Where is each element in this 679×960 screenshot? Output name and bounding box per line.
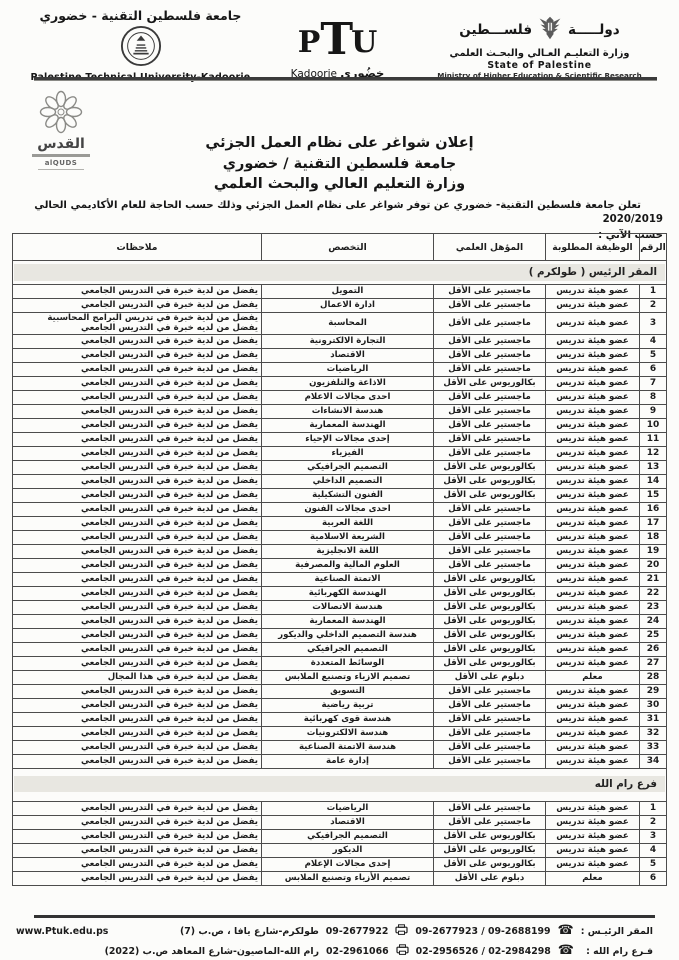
cell-num: 17 (640, 516, 667, 530)
cell-qualification: ماجستير على الأقل (434, 502, 546, 516)
cell-specialization: هندسة الاتمتة الصناعية (262, 740, 434, 754)
cell-specialization: الرياضيات (262, 362, 434, 376)
cell-position: عضو هيئة تدريس (546, 740, 640, 754)
announcement-subtitle-ministry: وزارة التعليم العالي والبحث العلمي (0, 174, 679, 195)
cell-qualification: ماجستير على الأقل (434, 418, 546, 432)
cell-specialization: العلوم المالية والمصرفية (262, 558, 434, 572)
ptu-letter-u: U (351, 25, 377, 60)
cell-notes: يفضل من لدية خبرة في التدريس الجامعي (13, 298, 262, 312)
column-header-specialization: التخصص (262, 234, 434, 261)
phone-numbers-main: 09-2677923 / 09-2688199 (415, 926, 550, 937)
ptu-logo: PTU (278, 22, 398, 65)
palestine-eagle-icon (537, 14, 563, 46)
cell-qualification: بكالوريوس على الأقل (434, 830, 546, 844)
column-header-number: الرقم (640, 234, 667, 261)
cell-notes: يفضل من لدية خبرة في التدريس الجامعي (13, 530, 262, 544)
cell-qualification: ماجستير على الأقل (434, 516, 546, 530)
cell-specialization: هندسة الانشاءات (262, 404, 434, 418)
cell-notes: يفضل من لدية خبرة في التدريس الجامعي (13, 656, 262, 670)
cell-qualification: بكالوريوس على الأقل (434, 474, 546, 488)
cell-num: 33 (640, 740, 667, 754)
cell-num: 26 (640, 642, 667, 656)
table-header-row: الرقم الوظيفة المطلوبة المؤهل العلمي الت… (13, 234, 667, 261)
cell-qualification: ماجستير على الأقل (434, 446, 546, 460)
table-row: 16عضو هيئة تدريسماجستير على الأقلاحدى مج… (13, 502, 667, 516)
cell-notes: يفضل من لدية خبرة في التدريس الجامعي (13, 802, 262, 816)
cell-specialization: الهندسة الكهربائية (262, 586, 434, 600)
cell-position: عضو هيئة تدريس (546, 488, 640, 502)
cell-num: 7 (640, 376, 667, 390)
announcement-titles: إعلان شواغر على نظام العمل الجزئي جامعة … (0, 133, 679, 195)
table-row: 27عضو هيئة تدريسبكالوريوس على الأقلالوسا… (13, 656, 667, 670)
section-title: فرع رام الله (14, 776, 665, 793)
cell-position: عضو هيئة تدريس (546, 284, 640, 298)
cell-qualification: ماجستير على الأقل (434, 362, 546, 376)
cell-notes: يفضل من لدية خبرة في التدريس الجامعي (13, 348, 262, 362)
column-header-notes: ملاحظات (13, 234, 262, 261)
announcement-subtitle-university: جامعة فلسطين التقنية / خضوري (0, 154, 679, 175)
table-row: 25عضو هيئة تدريسبكالوريوس على الأقلهندسة… (13, 628, 667, 642)
cell-specialization: الرياضيات (262, 802, 434, 816)
table-row: 6عضو هيئة تدريسماجستير على الأقلالرياضيا… (13, 362, 667, 376)
cell-notes: يفضل من لدية خبرة في التدريس الجامعي (13, 844, 262, 858)
footer-divider (34, 915, 655, 918)
letterhead: جامعة فلسطين التقنية - خضوري Palestine T… (28, 8, 657, 83)
cell-num: 15 (640, 488, 667, 502)
ptu-letter-p: P (298, 25, 321, 60)
cell-specialization: تصميم الأزياء وتصنيع الملابس (262, 872, 434, 886)
cell-num: 32 (640, 726, 667, 740)
cell-num: 1 (640, 802, 667, 816)
table-row: 1عضو هيئة تدريسماجستير على الأقلالرياضيا… (13, 802, 667, 816)
cell-specialization: اللغة العربية (262, 516, 434, 530)
cell-qualification: بكالوريوس على الأقل (434, 858, 546, 872)
cell-qualification: ماجستير على الأقل (434, 726, 546, 740)
cell-notes: يفضل من لدية خبرة في التدريس الجامعي (13, 362, 262, 376)
cell-qualification: ماجستير على الأقل (434, 754, 546, 768)
table-row: 23عضو هيئة تدريسبكالوريوس على الأقلهندسة… (13, 600, 667, 614)
cell-notes: يفضل من لدية خبرة في التدريس الجامعي (13, 446, 262, 460)
cell-num: 5 (640, 348, 667, 362)
table-row: 3عضو هيئة تدريسبكالوريوس على الأقلالتصمي… (13, 830, 667, 844)
cell-num: 29 (640, 684, 667, 698)
cell-num: 8 (640, 390, 667, 404)
cell-notes: يفضل من لدية خبرة في التدريس الجامعي (13, 642, 262, 656)
state-logo-block: دولـــــة فلســـطين وزارة التعليـم العـا… (422, 14, 657, 80)
cell-notes: يفضل من لدية خبرة في التدريس الجامعي (13, 830, 262, 844)
cell-notes: يفضل من لدية خبرة في التدريس الجامعي (13, 376, 262, 390)
cell-specialization: هندسة قوى كهربائية (262, 712, 434, 726)
cell-num: 30 (640, 698, 667, 712)
cell-num: 23 (640, 600, 667, 614)
cell-notes: يفضل من لدية خبرة في التدريس الجامعي (13, 816, 262, 830)
cell-notes: يفضل من لدية خبرة في التدريس الجامعي (13, 684, 262, 698)
cell-position: عضو هيئة تدريس (546, 600, 640, 614)
cell-specialization: إحدى مجالات الإحياء (262, 432, 434, 446)
cell-specialization: هندسة الالكترونيات (262, 726, 434, 740)
table-row: 32عضو هيئة تدريسماجستير على الأقلهندسة ا… (13, 726, 667, 740)
cell-position: عضو هيئة تدريس (546, 348, 640, 362)
cell-position: عضو هيئة تدريس (546, 858, 640, 872)
cell-specialization: هندسة التصميم الداخلي والديكور (262, 628, 434, 642)
cell-specialization: تربية رياضية (262, 698, 434, 712)
cell-qualification: ماجستير على الأقل (434, 298, 546, 312)
cell-specialization: احدى مجالات الفنون (262, 502, 434, 516)
cell-specialization: تصميم الازياء وتصنيع الملابس (262, 670, 434, 684)
cell-specialization: اللغة الانجليزية (262, 544, 434, 558)
cell-num: 28 (640, 670, 667, 684)
cell-num: 12 (640, 446, 667, 460)
cell-num: 2 (640, 816, 667, 830)
cell-specialization: إحدى مجالات الإعلام (262, 858, 434, 872)
cell-qualification: بكالوريوس على الأقل (434, 376, 546, 390)
cell-position: عضو هيئة تدريس (546, 460, 640, 474)
fax-number-branch: 02-2961066 (326, 946, 389, 957)
header-divider (34, 77, 657, 81)
vacancies-table-wrap: الرقم الوظيفة المطلوبة المؤهل العلمي الت… (12, 233, 667, 886)
cell-specialization: الفيزياء (262, 446, 434, 460)
table-row: 13عضو هيئة تدريسبكالوريوس على الأقلالتصم… (13, 460, 667, 474)
cell-qualification: بكالوريوس على الأقل (434, 488, 546, 502)
cell-qualification: بكالوريوس على الأقل (434, 460, 546, 474)
cell-notes: يفضل من لدية خبرة في التدريس الجامعي (13, 726, 262, 740)
cell-notes: يفضل من لدية خبرة في التدريس الجامعي (13, 628, 262, 642)
cell-position: عضو هيئة تدريس (546, 298, 640, 312)
cell-position: عضو هيئة تدريس (546, 684, 640, 698)
cell-position: عضو هيئة تدريس (546, 446, 640, 460)
cell-notes: يفضل من لدية خبرة في تدريس البرامج المحا… (13, 312, 262, 334)
cell-notes: يفضل من لدية خبرة في التدريس الجامعي (13, 872, 262, 886)
quds-flower-icon (24, 90, 98, 138)
column-header-qualification: المؤهل العلمي (434, 234, 546, 261)
table-row: 3عضو هيئة تدريسماجستير على الأقلالمحاسبة… (13, 312, 667, 334)
cell-notes: يفضل من لدية خبرة في التدريس الجامعي (13, 712, 262, 726)
cell-notes: يفضل من لدية خبرة في التدريس الجامعي (13, 600, 262, 614)
cell-position: معلم (546, 872, 640, 886)
cell-specialization: الوسائط المتعددة (262, 656, 434, 670)
cell-qualification: ماجستير على الأقل (434, 432, 546, 446)
cell-specialization: هندسة الاتصالات (262, 600, 434, 614)
cell-position: عضو هيئة تدريس (546, 830, 640, 844)
cell-specialization: التصميم الجرافيكي (262, 830, 434, 844)
cell-num: 6 (640, 362, 667, 376)
table-row: 1عضو هيئة تدريسماجستير على الأقلالتمويلي… (13, 284, 667, 298)
state-name-english: State of Palestine (422, 60, 657, 71)
cell-position: عضو هيئة تدريس (546, 390, 640, 404)
table-row: 21عضو هيئة تدريسبكالوريوس على الأقلالاتم… (13, 572, 667, 586)
cell-specialization: ادارة الاعمال (262, 298, 434, 312)
cell-notes: يفضل من لدية خبرة في التدريس الجامعي (13, 572, 262, 586)
table-row: 5عضو هيئة تدريسبكالوريوس على الأقلإحدى م… (13, 858, 667, 872)
state-word-1: دولـــــة (568, 22, 620, 38)
cell-position: عضو هيئة تدريس (546, 628, 640, 642)
cell-position: عضو هيئة تدريس (546, 474, 640, 488)
section-title: المقر الرئيس ( طولكرم ) (14, 264, 665, 281)
cell-notes: يفضل من لدية خبرة في التدريس الجامعي (13, 740, 262, 754)
cell-position: عضو هيئة تدريس (546, 754, 640, 768)
table-row: 29عضو هيئة تدريسماجستير على الأقلالتسويق… (13, 684, 667, 698)
state-title-row: دولـــــة فلســـطين (422, 14, 657, 46)
cell-notes: يفضل من لدية خبرة في التدريس الجامعي (13, 284, 262, 298)
cell-notes: يفضل من لدية خبرة في التدريس الجامعي (13, 558, 262, 572)
cell-notes: يفضل من لدية خبرة في التدريس الجامعي (13, 334, 262, 348)
cell-position: عضو هيئة تدريس (546, 712, 640, 726)
cell-num: 18 (640, 530, 667, 544)
cell-num: 9 (640, 404, 667, 418)
cell-notes: يفضل من لدية خبرة في التدريس الجامعي (13, 488, 262, 502)
cell-qualification: ماجستير على الأقل (434, 712, 546, 726)
cell-notes: يفضل من لدية خبرة في التدريس الجامعي (13, 502, 262, 516)
phone-numbers-branch: 02-2956526 / 02-2984298 (416, 946, 551, 957)
ptu-letter-t: T (320, 14, 351, 65)
cell-notes: يفضل من لدية خبرة في التدريس الجامعي (13, 614, 262, 628)
cell-notes: يفضل من لدية خبرة في التدريس الجامعي (13, 544, 262, 558)
cell-position: عضو هيئة تدريس (546, 418, 640, 432)
cell-notes: يفضل من لدية خبرة في التدريس الجامعي (13, 432, 262, 446)
cell-num: 11 (640, 432, 667, 446)
cell-position: عضو هيئة تدريس (546, 502, 640, 516)
cell-specialization: الاتمتة الصناعية (262, 572, 434, 586)
cell-qualification: بكالوريوس على الأقل (434, 572, 546, 586)
cell-num: 6 (640, 872, 667, 886)
cell-position: عضو هيئة تدريس (546, 698, 640, 712)
cell-position: عضو هيئة تدريس (546, 362, 640, 376)
table-row: 6معلمدبلوم على الأقلتصميم الأزياء وتصنيع… (13, 872, 667, 886)
table-row: 4عضو هيئة تدريسبكالوريوس على الأقلالديكو… (13, 844, 667, 858)
cell-qualification: بكالوريوس على الأقل (434, 614, 546, 628)
section-header-row: فرع رام الله (13, 768, 667, 802)
cell-position: عضو هيئة تدريس (546, 802, 640, 816)
contact-line-main: المقر الرئيـس : ☎ 09-2677923 / 09-268819… (16, 924, 653, 938)
table-row: 4عضو هيئة تدريسماجستير على الأقلالتجارة … (13, 334, 667, 348)
table-row: 18عضو هيئة تدريسماجستير على الأقلالشريعة… (13, 530, 667, 544)
table-row: 20عضو هيئة تدريسماجستير على الأقلالعلوم … (13, 558, 667, 572)
cell-num: 2 (640, 298, 667, 312)
cell-qualification: ماجستير على الأقل (434, 334, 546, 348)
cell-qualification: ماجستير على الأقل (434, 348, 546, 362)
cell-notes: يفضل من لدية خبرة في التدريس الجامعي (13, 404, 262, 418)
cell-num: 5 (640, 858, 667, 872)
cell-specialization: المحاسبة (262, 312, 434, 334)
cell-num: 19 (640, 544, 667, 558)
table-row: 5عضو هيئة تدريسماجستير على الأقلالاقتصاد… (13, 348, 667, 362)
ministry-name-arabic: وزارة التعليـم العـالي والبحـث العلمي (422, 48, 657, 59)
table-row: 7عضو هيئة تدريسبكالوريوس على الأقلالاذاع… (13, 376, 667, 390)
table-row: 22عضو هيئة تدريسبكالوريوس على الأقلالهند… (13, 586, 667, 600)
cell-qualification: ماجستير على الأقل (434, 404, 546, 418)
cell-num: 25 (640, 628, 667, 642)
vacancies-table-body: المقر الرئيس ( طولكرم )1عضو هيئة تدريسما… (13, 261, 667, 886)
cell-notes: يفضل من لدية خبرة في التدريس الجامعي (13, 754, 262, 768)
cell-notes: يفضل من لدية خبرة في التدريس الجامعي (13, 390, 262, 404)
cell-num: 22 (640, 586, 667, 600)
cell-num: 3 (640, 312, 667, 334)
cell-num: 4 (640, 334, 667, 348)
university-logo-block: جامعة فلسطين التقنية - خضوري Palestine T… (28, 8, 253, 83)
cell-position: عضو هيئة تدريس (546, 558, 640, 572)
fax-icon (395, 924, 408, 938)
cell-qualification: بكالوريوس على الأقل (434, 586, 546, 600)
contact-label-main: المقر الرئيـس : (581, 926, 653, 937)
cell-qualification: ماجستير على الأقل (434, 284, 546, 298)
cell-qualification: دبلوم على الأقل (434, 872, 546, 886)
table-row: 19عضو هيئة تدريسماجستير على الأقلاللغة ا… (13, 544, 667, 558)
cell-qualification: ماجستير على الأقل (434, 740, 546, 754)
contact-line-branch: فـرع رام الله : ☎ 02-2956526 / 02-298429… (16, 944, 653, 958)
fax-number-main: 09-2677922 (326, 926, 389, 937)
cell-qualification: ماجستير على الأقل (434, 530, 546, 544)
cell-position: عضو هيئة تدريس (546, 432, 640, 446)
cell-specialization: الفنون التشكيلية (262, 488, 434, 502)
cell-num: 21 (640, 572, 667, 586)
section-header-row: المقر الرئيس ( طولكرم ) (13, 261, 667, 285)
cell-num: 16 (640, 502, 667, 516)
cell-position: عضو هيئة تدريس (546, 544, 640, 558)
cell-num: 10 (640, 418, 667, 432)
address-branch: رام الله-الماصيون-شارع المعاهد ص.ب (2022… (105, 946, 319, 957)
table-row: 12عضو هيئة تدريسماجستير على الأقلالفيزيا… (13, 446, 667, 460)
cell-specialization: الاقتصاد (262, 816, 434, 830)
cell-num: 3 (640, 830, 667, 844)
cell-qualification: ماجستير على الأقل (434, 802, 546, 816)
table-row: 31عضو هيئة تدريسماجستير على الأقلهندسة ق… (13, 712, 667, 726)
cell-num: 1 (640, 284, 667, 298)
cell-position: عضو هيئة تدريس (546, 816, 640, 830)
cell-qualification: بكالوريوس على الأقل (434, 642, 546, 656)
cell-num: 4 (640, 844, 667, 858)
column-header-position: الوظيفة المطلوبة (546, 234, 640, 261)
cell-position: عضو هيئة تدريس (546, 586, 640, 600)
table-row: 11عضو هيئة تدريسماجستير على الأقلإحدى مج… (13, 432, 667, 446)
cell-specialization: التصميم الداخلي (262, 474, 434, 488)
contact-footer: المقر الرئيـس : ☎ 09-2677923 / 09-268819… (16, 924, 653, 960)
cell-specialization: التسويق (262, 684, 434, 698)
cell-position: عضو هيئة تدريس (546, 516, 640, 530)
cell-qualification: ماجستير على الأقل (434, 544, 546, 558)
cell-specialization: الهندسة المعمارية (262, 614, 434, 628)
cell-qualification: ماجستير على الأقل (434, 312, 546, 334)
cell-num: 31 (640, 712, 667, 726)
cell-position: عضو هيئة تدريس (546, 642, 640, 656)
table-row: 2عضو هيئة تدريسماجستير على الأقلالاقتصاد… (13, 816, 667, 830)
website-url: www.Ptuk.edu.ps (16, 926, 108, 937)
table-row: 17عضو هيئة تدريسماجستير على الأقلاللغة ا… (13, 516, 667, 530)
cell-qualification: دبلوم على الأقل (434, 670, 546, 684)
cell-specialization: الهندسة المعمارية (262, 418, 434, 432)
ptu-logo-block: PTU Kadoorie خضُوري (278, 22, 398, 80)
cell-specialization: الديكور (262, 844, 434, 858)
university-seal-icon (28, 25, 253, 71)
table-row: 24عضو هيئة تدريسبكالوريوس على الأقلالهند… (13, 614, 667, 628)
table-row: 34عضو هيئة تدريسماجستير على الأقلإدارة ع… (13, 754, 667, 768)
vacancies-table: الرقم الوظيفة المطلوبة المؤهل العلمي الت… (12, 233, 667, 886)
cell-qualification: بكالوريوس على الأقل (434, 844, 546, 858)
cell-notes: يفضل من لدية خبرة في التدريس الجامعي (13, 516, 262, 530)
phone-icon: ☎ (558, 926, 574, 936)
cell-num: 14 (640, 474, 667, 488)
cell-position: عضو هيئة تدريس (546, 334, 640, 348)
cell-specialization: التجارة الالكترونية (262, 334, 434, 348)
cell-position: معلم (546, 670, 640, 684)
cell-position: عضو هيئة تدريس (546, 656, 640, 670)
announcement-page: جامعة فلسطين التقنية - خضوري Palestine T… (0, 0, 679, 960)
cell-qualification: ماجستير على الأقل (434, 816, 546, 830)
cell-num: 24 (640, 614, 667, 628)
cell-qualification: ماجستير على الأقل (434, 684, 546, 698)
table-row: 26عضو هيئة تدريسبكالوريوس على الأقلالتصم… (13, 642, 667, 656)
cell-specialization: الاذاعة والتلفزيون (262, 376, 434, 390)
cell-qualification: ماجستير على الأقل (434, 390, 546, 404)
table-row: 14عضو هيئة تدريسبكالوريوس على الأقلالتصم… (13, 474, 667, 488)
phone-icon: ☎ (558, 946, 574, 956)
cell-notes: يفضل من لدية خبرة في التدريس الجامعي (13, 858, 262, 872)
cell-specialization: التصميم الجرافيكي (262, 460, 434, 474)
cell-specialization: التمويل (262, 284, 434, 298)
intro-paragraph: تعلن جامعة فلسطين التقنية- خضوري عن توفر… (14, 199, 663, 227)
cell-position: عضو هيئة تدريس (546, 376, 640, 390)
cell-notes: يفضل من لدية خبرة في التدريس الجامعي (13, 418, 262, 432)
cell-notes: يفضل من لدية خبرة في هذا المجال (13, 670, 262, 684)
state-word-2: فلســـطين (459, 22, 532, 38)
cell-qualification: بكالوريوس على الأقل (434, 628, 546, 642)
university-name-arabic: جامعة فلسطين التقنية - خضوري (28, 8, 253, 23)
cell-position: عضو هيئة تدريس (546, 312, 640, 334)
table-row: 10عضو هيئة تدريسماجستير على الأقلالهندسة… (13, 418, 667, 432)
cell-num: 13 (640, 460, 667, 474)
cell-num: 20 (640, 558, 667, 572)
cell-specialization: الشريعة الاسلامية (262, 530, 434, 544)
cell-specialization: الاقتصاد (262, 348, 434, 362)
table-row: 15عضو هيئة تدريسبكالوريوس على الأقلالفنو… (13, 488, 667, 502)
cell-position: عضو هيئة تدريس (546, 572, 640, 586)
cell-specialization: احدى مجالات الاعلام (262, 390, 434, 404)
table-row: 33عضو هيئة تدريسماجستير على الأقلهندسة ا… (13, 740, 667, 754)
cell-position: عضو هيئة تدريس (546, 614, 640, 628)
table-row: 30عضو هيئة تدريسماجستير على الأقلتربية ر… (13, 698, 667, 712)
table-row: 9عضو هيئة تدريسماجستير على الأقلهندسة ال… (13, 404, 667, 418)
cell-position: عضو هيئة تدريس (546, 726, 640, 740)
cell-position: عضو هيئة تدريس (546, 404, 640, 418)
contact-label-branch: فـرع رام الله : (581, 946, 653, 957)
cell-position: عضو هيئة تدريس (546, 530, 640, 544)
cell-qualification: ماجستير على الأقل (434, 558, 546, 572)
cell-num: 34 (640, 754, 667, 768)
cell-notes: يفضل من لدية خبرة في التدريس الجامعي (13, 474, 262, 488)
cell-qualification: ماجستير على الأقل (434, 698, 546, 712)
cell-num: 27 (640, 656, 667, 670)
table-row: 28معلمدبلوم على الأقلتصميم الازياء وتصني… (13, 670, 667, 684)
table-row: 8عضو هيئة تدريسماجستير على الأقلاحدى مجا… (13, 390, 667, 404)
address-main: طولكرم-شارع يافا ، ص.ب (7) (180, 926, 319, 937)
table-row: 2عضو هيئة تدريسماجستير على الأقلادارة ال… (13, 298, 667, 312)
announcement-title: إعلان شواغر على نظام العمل الجزئي (0, 133, 679, 154)
cell-notes: يفضل من لدية خبرة في التدريس الجامعي (13, 698, 262, 712)
cell-notes: يفضل من لدية خبرة في التدريس الجامعي (13, 586, 262, 600)
cell-qualification: بكالوريوس على الأقل (434, 656, 546, 670)
fax-icon (396, 944, 409, 958)
cell-position: عضو هيئة تدريس (546, 844, 640, 858)
cell-qualification: بكالوريوس على الأقل (434, 600, 546, 614)
cell-specialization: إدارة عامة (262, 754, 434, 768)
cell-notes: يفضل من لدية خبرة في التدريس الجامعي (13, 460, 262, 474)
cell-specialization: التصميم الجرافيكي (262, 642, 434, 656)
